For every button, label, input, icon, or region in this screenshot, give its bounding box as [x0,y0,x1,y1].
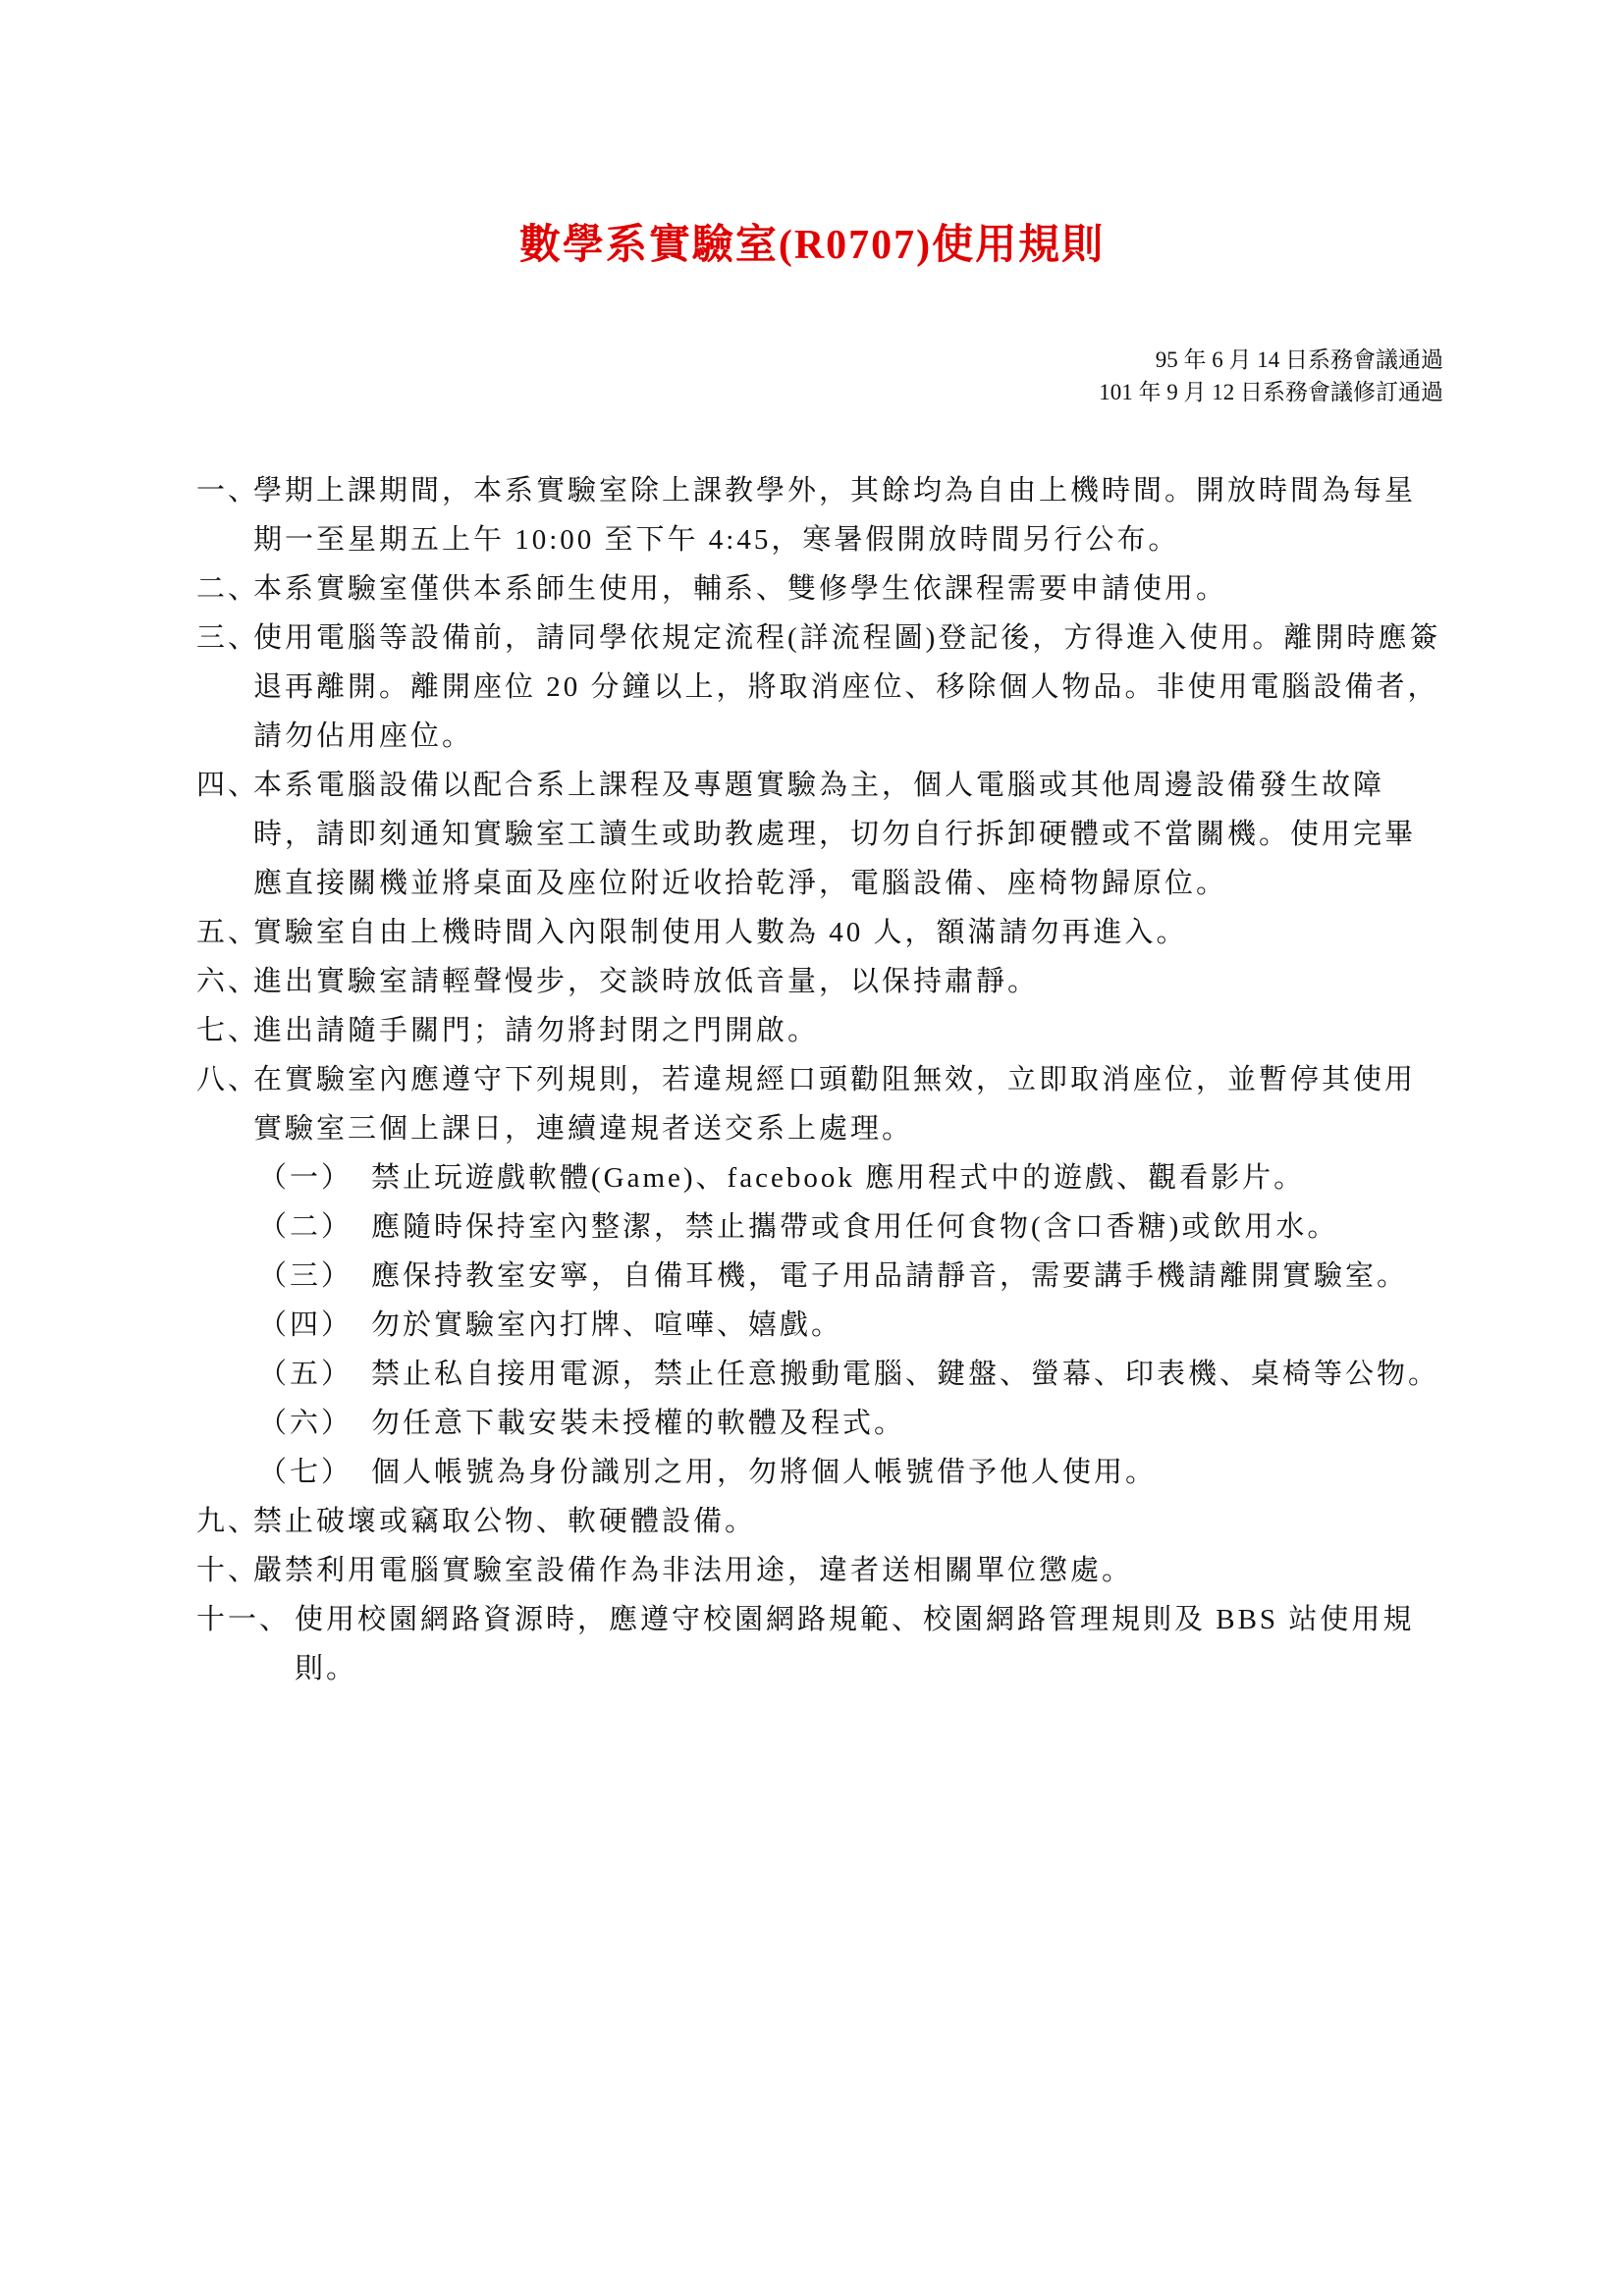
subrule-text: 禁止玩遊戲軟體(Game)、facebook 應用程式中的遊戲、觀看影片。 [371,1162,1305,1194]
rules-list: 一、 學期上課期間，本系實驗室除上課教學外，其餘均為自由上機時間。開放時間為每星… [196,466,1443,1693]
rule-number: 十、 [196,1546,259,1595]
approval-history: 95 年 6 月 14 日系務會議通過 101 年 9 月 12 日系務會議修訂… [1099,344,1443,408]
rule-number: 三、 [196,614,259,663]
rule-item-8: 八、 在實驗室內應遵守下列規則，若違規經口頭勸阻無效，立即取消座位，並暫停其使用… [196,1055,1443,1153]
rule-number: 四、 [196,761,259,810]
document-title: 數學系實驗室(R0707)使用規則 [0,216,1624,275]
rule-number: 七、 [196,1006,259,1055]
document-page: 數學系實驗室(R0707)使用規則 95 年 6 月 14 日系務會議通過 10… [0,0,1624,2296]
subrule-item-4: （四） 勿於實驗室內打牌、喧嘩、嬉戲。 [196,1301,1443,1350]
rule-text: 本系實驗室僅供本系師生使用，輔系、雙修學生依課程需要申請使用。 [253,564,1443,614]
subrule-text: 勿任意下載安裝未授權的軟體及程式。 [371,1408,905,1439]
rule-text: 學期上課期間，本系實驗室除上課教學外，其餘均為自由上機時間。開放時間為每星期一至… [253,466,1443,564]
rule-text: 使用校園網路資源時，應遵守校園網路規範、校園網路管理規則及 BBS 站使用規則。 [295,1595,1443,1693]
subrule-number: （七） [258,1448,352,1497]
rule-text: 實驗室自由上機時間入內限制使用人數為 40 人，額滿請勿再進入。 [253,908,1443,957]
subrule-item-5: （五） 禁止私自接用電源，禁止任意搬動電腦、鍵盤、螢幕、印表機、桌椅等公物。 [196,1350,1443,1399]
subrule-item-7: （七） 個人帳號為身份識別之用，勿將個人帳號借予他人使用。 [196,1448,1443,1497]
rule-text: 本系電腦設備以配合系上課程及專題實驗為主，個人電腦或其他周邊設備發生故障時，請即… [253,761,1443,908]
rule-number: 二、 [196,564,259,614]
rule-item-4: 四、 本系電腦設備以配合系上課程及專題實驗為主，個人電腦或其他周邊設備發生故障時… [196,761,1443,908]
rule-item-11: 十一、 使用校園網路資源時，應遵守校園網路規範、校園網路管理規則及 BBS 站使… [196,1595,1443,1693]
rule-number: 八、 [196,1055,259,1104]
subrule-text: 勿於實驗室內打牌、喧嘩、嬉戲。 [371,1309,842,1341]
subrule-number: （四） [258,1301,352,1350]
subrule-number: （三） [258,1252,352,1301]
rule-text: 進出請隨手關門；請勿將封閉之門開啟。 [253,1006,1443,1055]
rule-item-1: 一、 學期上課期間，本系實驗室除上課教學外，其餘均為自由上機時間。開放時間為每星… [196,466,1443,564]
subrule-text: 禁止私自接用電源，禁止任意搬動電腦、鍵盤、螢幕、印表機、桌椅等公物。 [371,1359,1439,1390]
rule-number: 五、 [196,908,259,957]
subrule-item-3: （三） 應保持教室安寧，自備耳機，電子用品請靜音，需要講手機請離開實驗室。 [196,1252,1443,1301]
subrule-number: （一） [258,1153,352,1202]
subrule-text: 應保持教室安寧，自備耳機，電子用品請靜音，需要講手機請離開實驗室。 [371,1260,1408,1292]
approval-line-original: 95 年 6 月 14 日系務會議通過 [1099,344,1443,376]
rule-text: 嚴禁利用電腦實驗室設備作為非法用途，違者送相關單位懲處。 [253,1546,1443,1595]
rule-item-7: 七、 進出請隨手關門；請勿將封閉之門開啟。 [196,1006,1443,1055]
subrule-item-6: （六） 勿任意下載安裝未授權的軟體及程式。 [196,1399,1443,1448]
rule-text: 進出實驗室請輕聲慢步，交談時放低音量，以保持肅靜。 [253,957,1443,1006]
rule-item-10: 十、 嚴禁利用電腦實驗室設備作為非法用途，違者送相關單位懲處。 [196,1546,1443,1595]
rule-number: 九、 [196,1497,259,1546]
rule-number: 六、 [196,957,259,1006]
rule-number: 一、 [196,466,259,515]
rule-item-6: 六、 進出實驗室請輕聲慢步，交談時放低音量，以保持肅靜。 [196,957,1443,1006]
subrule-item-2: （二） 應隨時保持室內整潔，禁止攜帶或食用任何食物(含口香糖)或飲用水。 [196,1202,1443,1252]
rule-item-3: 三、 使用電腦等設備前，請同學依規定流程(詳流程圖)登記後，方得進入使用。離開時… [196,614,1443,761]
rule-text: 使用電腦等設備前，請同學依規定流程(詳流程圖)登記後，方得進入使用。離開時應簽退… [253,614,1443,761]
subrule-item-1: （一） 禁止玩遊戲軟體(Game)、facebook 應用程式中的遊戲、觀看影片… [196,1153,1443,1202]
approval-line-revision: 101 年 9 月 12 日系務會議修訂通過 [1099,376,1443,408]
rule-item-5: 五、 實驗室自由上機時間入內限制使用人數為 40 人，額滿請勿再進入。 [196,908,1443,957]
subrule-text: 個人帳號為身份識別之用，勿將個人帳號借予他人使用。 [371,1457,1157,1488]
rule-text: 禁止破壞或竊取公物、軟硬體設備。 [253,1497,1443,1546]
rule-text: 在實驗室內應遵守下列規則，若違規經口頭勸阻無效，立即取消座位，並暫停其使用實驗室… [253,1055,1443,1153]
subrule-text: 應隨時保持室內整潔，禁止攜帶或食用任何食物(含口香糖)或飲用水。 [371,1211,1338,1243]
subrule-number: （二） [258,1202,352,1252]
rule-item-9: 九、 禁止破壞或竊取公物、軟硬體設備。 [196,1497,1443,1546]
subrule-number: （六） [258,1399,352,1448]
subrule-number: （五） [258,1350,352,1399]
rule-number: 十一、 [196,1595,291,1644]
rule-item-2: 二、 本系實驗室僅供本系師生使用，輔系、雙修學生依課程需要申請使用。 [196,564,1443,614]
